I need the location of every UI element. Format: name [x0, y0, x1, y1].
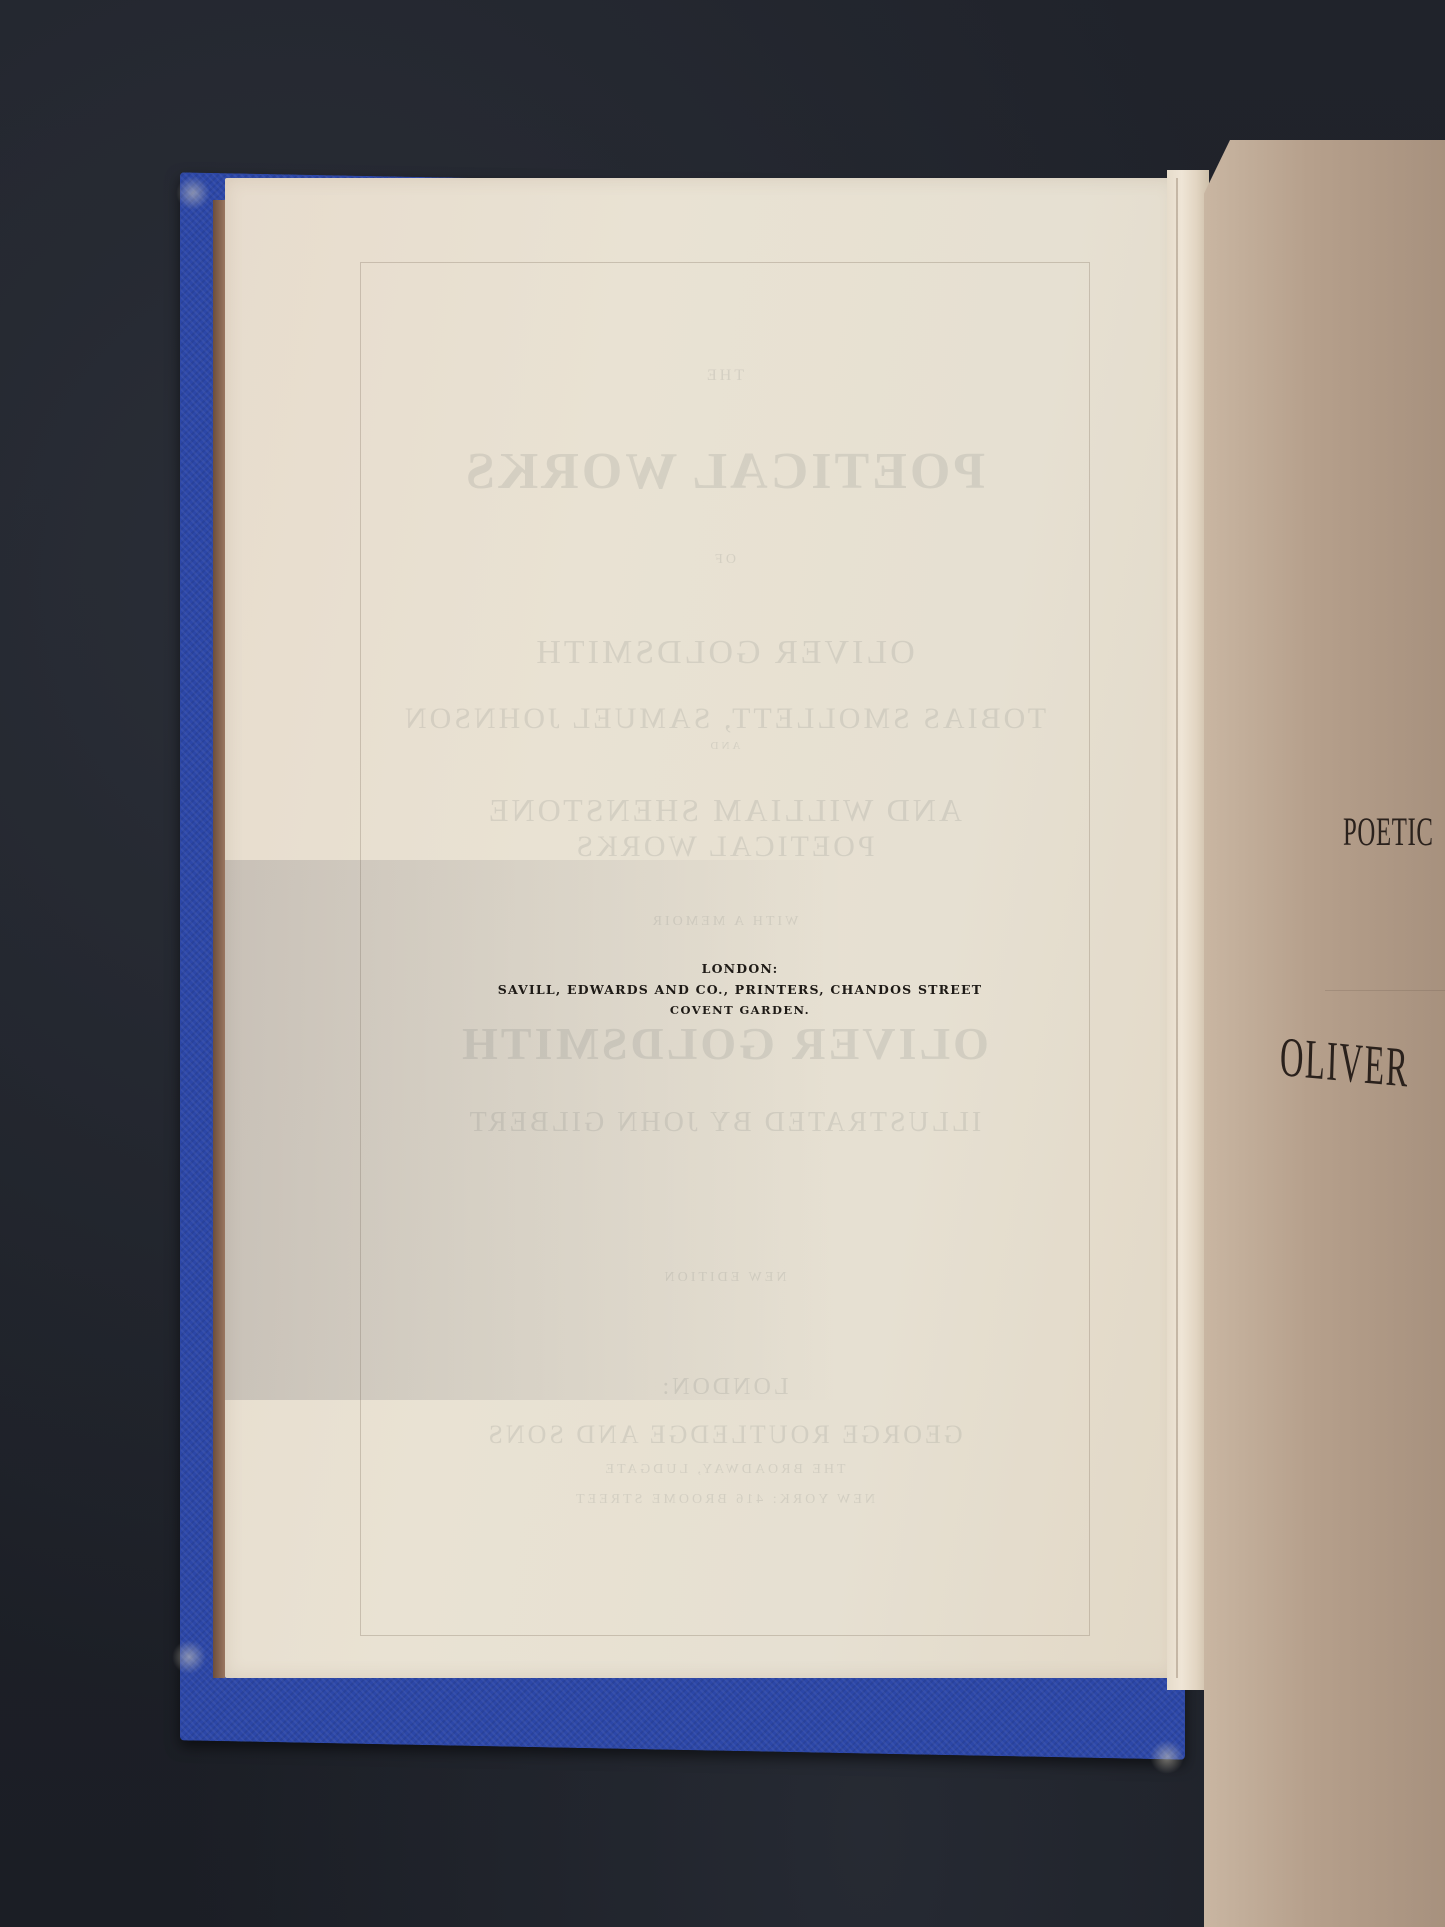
- printer-imprint: LONDON: SAVILL, EDWARDS AND CO., PRINTER…: [470, 958, 1010, 1021]
- st-line: GEORGE ROUTLEDGE AND SONS: [360, 1420, 1088, 1450]
- st-line: THE BROADWAY, LUDGATE: [360, 1462, 1088, 1478]
- st-line: NEW EDITION: [360, 1270, 1088, 1286]
- cover-turn-in: [213, 200, 225, 1678]
- right-page-name-fragment: OLIVER: [1279, 1025, 1410, 1101]
- gutter-fold: [1176, 178, 1178, 1678]
- right-page-rule: [1325, 990, 1445, 991]
- st-line: AND: [360, 740, 1088, 752]
- imprint-printer: SAVILL, EDWARDS AND CO., PRINTERS, CHAND…: [470, 979, 1010, 1000]
- imprint-location: COVENT GARDEN.: [470, 1000, 1010, 1021]
- cover-wear-bottom-right: [1150, 1740, 1184, 1774]
- st-line: THE: [360, 367, 1088, 385]
- st-line: POETICAL WORKS: [360, 442, 1088, 501]
- st-line: OF: [360, 552, 1088, 568]
- cover-wear-top-left: [176, 176, 210, 210]
- st-line: WITH A MEMOIR: [360, 914, 1088, 930]
- st-line: LONDON:: [360, 1374, 1088, 1401]
- st-line: ILLUSTRATED BY JOHN GILBERT: [360, 1107, 1088, 1139]
- photo-scene: THE POETICAL WORKS OF OLIVER GOLDSMITH T…: [0, 0, 1445, 1927]
- st-line: TOBIAS SMOLLETT, SAMUEL JOHNSON: [360, 702, 1088, 736]
- st-line: OLIVER GOLDSMITH: [360, 634, 1088, 672]
- imprint-city: LONDON:: [470, 958, 1010, 979]
- st-line: OLIVER GOLDSMITH: [360, 1017, 1088, 1070]
- show-through-text: THE POETICAL WORKS OF OLIVER GOLDSMITH T…: [360, 262, 1088, 1634]
- st-line: AND WILLIAM SHENSTONE: [360, 792, 1088, 829]
- st-line: NEW YORK: 416 BROOME STREET: [360, 1492, 1088, 1508]
- st-line: POETICAL WORKS: [360, 830, 1088, 864]
- right-page-title-fragment: POETIC: [1343, 808, 1434, 855]
- cover-wear-bottom-left: [172, 1640, 206, 1674]
- page-gutter: [1167, 170, 1209, 1690]
